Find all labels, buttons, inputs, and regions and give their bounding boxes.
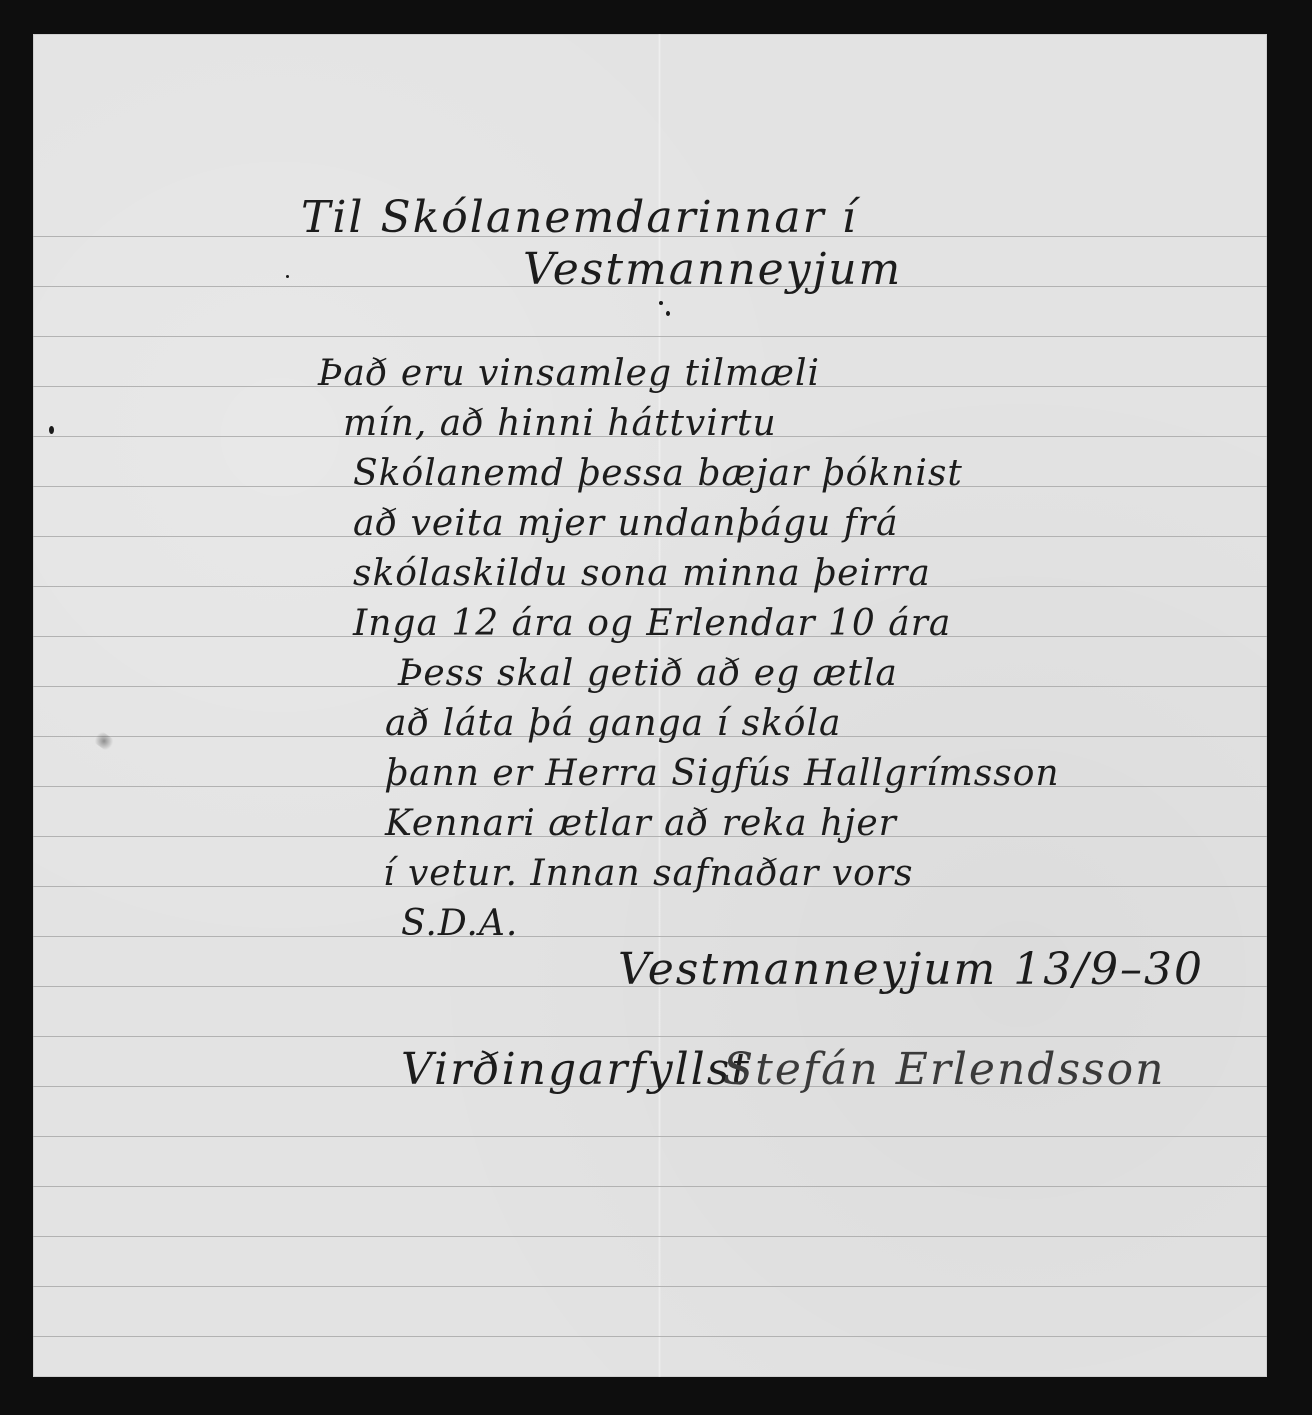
ruled-paper-sheet: Til Skólanemdarinnar í Vestmanneyjum Það… [33, 34, 1267, 1377]
place-date: Vestmanneyjum 13/9–30 [618, 948, 1204, 992]
ruled-line [33, 1286, 1267, 1287]
signature: Stefán Erlendsson [723, 1048, 1165, 1092]
ruled-line [33, 936, 1267, 937]
ink-smudge [91, 729, 117, 753]
ruled-line [33, 336, 1267, 337]
ruled-line [33, 1186, 1267, 1187]
closing: Virðingarfyllst [401, 1048, 751, 1092]
ink-dot [666, 311, 670, 316]
body-line-1: Það eru vinsamleg tilmæli [318, 356, 820, 392]
ruled-line [33, 1336, 1267, 1337]
body-line-11: í vetur. Innan safnaðar vors [383, 856, 913, 892]
document-scan: Til Skólanemdarinnar í Vestmanneyjum Það… [0, 0, 1312, 1415]
salutation-line-2: Vestmanneyjum [523, 248, 902, 292]
body-line-3: Skólanemd þessa bæjar þóknist [353, 456, 963, 492]
body-line-2: mín, að hinni háttvirtu [343, 406, 777, 442]
body-line-9: þann er Herra Sigfús Hallgrímsson [385, 756, 1060, 792]
body-line-5: skólaskildu sona minna þeirra [353, 556, 931, 592]
ruled-line [33, 1236, 1267, 1237]
salutation-line-1: Til Skólanemdarinnar í [301, 196, 858, 240]
body-line-6: Inga 12 ára og Erlendar 10 ára [353, 606, 951, 642]
body-line-8: að láta þá ganga í skóla [385, 706, 841, 742]
ink-dot [659, 301, 663, 305]
body-line-10: Kennari ætlar að reka hjer [385, 806, 897, 842]
ruled-line [33, 1136, 1267, 1137]
body-line-12: S.D.A. [401, 906, 518, 942]
ink-dot [286, 275, 289, 278]
body-line-7: Þess skal getið að eg ætla [398, 656, 898, 692]
body-line-4: að veita mjer undanþágu frá [353, 506, 899, 542]
ink-mark [49, 426, 54, 434]
ruled-line [33, 1036, 1267, 1037]
